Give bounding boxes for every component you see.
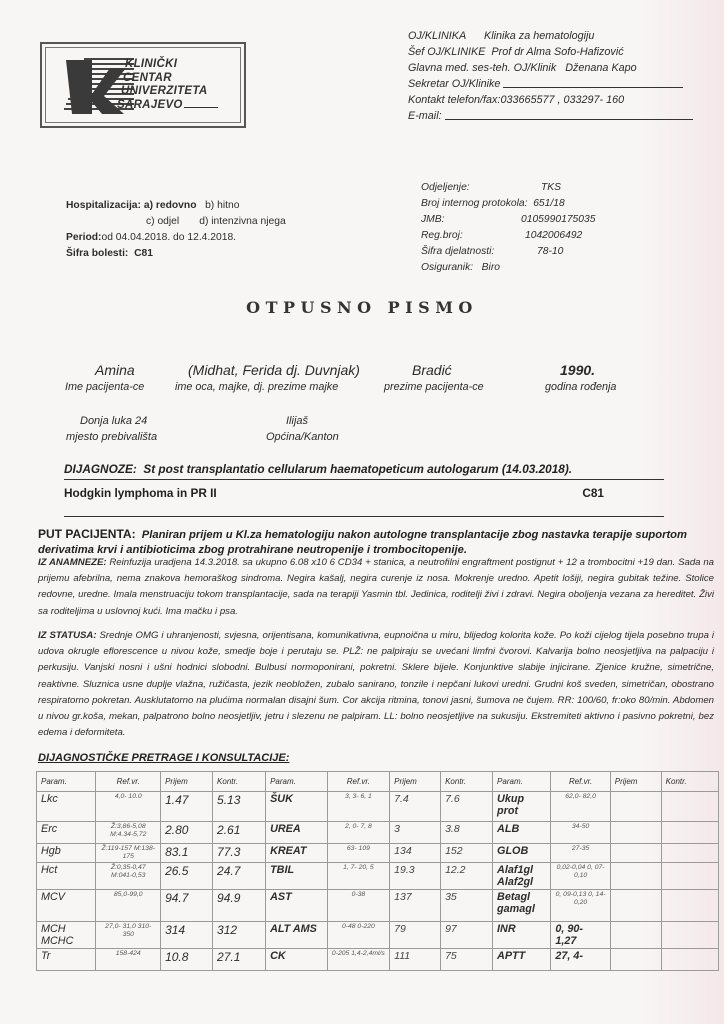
parameter-name: APTT bbox=[493, 949, 551, 971]
table-row: ErcŽ:3,86-5,08 M:4.34-5,722.802.61UREA2,… bbox=[37, 822, 719, 844]
control-value: 94.9 bbox=[213, 890, 266, 922]
physical-status: IZ STATUSA: Srednje OMG i uhranjenosti, … bbox=[38, 628, 714, 741]
email-field bbox=[445, 108, 693, 120]
admission-value: 94.7 bbox=[161, 890, 213, 922]
period-value: od 04.04.2018. do 12.4.2018. bbox=[101, 232, 236, 243]
column-header: Ref.vr. bbox=[96, 772, 161, 792]
control-value: 75 bbox=[441, 949, 493, 971]
logo-text: KLINIČKI CENTAR UNIVERZITETA SARAJEVO bbox=[125, 58, 218, 112]
parameter-name: Tr bbox=[37, 949, 96, 971]
head-of-clinic: Prof dr Alma Sofo-Hafizović bbox=[491, 44, 623, 60]
column-header: Ref.vr. bbox=[551, 772, 610, 792]
disease-code: C81 bbox=[134, 248, 153, 259]
admission-value: 3 bbox=[390, 822, 441, 844]
parameter-name: MCH MCHC bbox=[37, 922, 96, 949]
column-header: Ref.vr. bbox=[327, 772, 390, 792]
parameter-name: ALB bbox=[493, 822, 551, 844]
address-label: mjesto prebivališta bbox=[66, 431, 157, 443]
patient-first-name: Amina bbox=[95, 362, 135, 378]
reference-range: 0-48 0-220 bbox=[327, 922, 390, 949]
parameter-name: Alaf1gl Alaf2gl bbox=[493, 863, 551, 890]
parameter-name: AST bbox=[266, 890, 328, 922]
control-value: 35 bbox=[441, 890, 493, 922]
admission-value: 19.3 bbox=[390, 863, 441, 890]
parameter-name: ŠUK bbox=[266, 792, 328, 822]
table-row: Lkc4,0- 10.01.475.13ŠUK3, 3- 6, 17.47.6U… bbox=[37, 792, 719, 822]
control-value bbox=[661, 844, 718, 863]
parameter-name: Erc bbox=[37, 822, 96, 844]
control-value: 2.61 bbox=[213, 822, 266, 844]
reference-range: 2, 0- 7, 8 bbox=[327, 822, 390, 844]
parameter-name: GLOB bbox=[493, 844, 551, 863]
control-value: 27.1 bbox=[213, 949, 266, 971]
head-nurse: Dženana Kapo bbox=[565, 60, 636, 76]
reference-range: 27, 4- bbox=[551, 949, 610, 971]
admission-value bbox=[610, 949, 661, 971]
option-ward: c) odjel bbox=[146, 216, 179, 227]
reference-range: 62,0- 82,0 bbox=[551, 792, 610, 822]
hospitalization-block: Hospitalizacija: a) redovno b) hitno c) … bbox=[66, 198, 286, 262]
patient-parents: (Midhat, Ferida dj. Duvnjak) bbox=[188, 362, 360, 378]
option-icu: d) intenzivna njega bbox=[199, 216, 285, 227]
admission-value: 10.8 bbox=[161, 949, 213, 971]
municipality-label: Općina/Kanton bbox=[266, 431, 339, 443]
table-row: Tr158-42410.827.1CK0-205 1,4-2,4ml/s1117… bbox=[37, 949, 719, 971]
control-value: 77.3 bbox=[213, 844, 266, 863]
admin-info: Odjeljenje:TKS Broj internog protokola: … bbox=[421, 180, 595, 276]
admission-value bbox=[610, 890, 661, 922]
column-header: Kontr. bbox=[441, 772, 493, 792]
diagnostics-heading: DIJAGNOSTIČKE PRETRAGE I KONSULTACIJE: bbox=[38, 752, 289, 764]
control-value bbox=[661, 863, 718, 890]
column-header: Prijem bbox=[390, 772, 441, 792]
table-row: HctŽ:0,35-0,47 M:041-0,5326.524.7TBIL1, … bbox=[37, 863, 719, 890]
control-value: 24.7 bbox=[213, 863, 266, 890]
option-regular: a) redovno bbox=[144, 200, 197, 211]
table-row: HgbŽ:119-157 M:138-17583.177.3KREAT63- 1… bbox=[37, 844, 719, 863]
patient-municipality: Ilijaš bbox=[286, 415, 308, 427]
admission-value: 2.80 bbox=[161, 822, 213, 844]
reference-range: 27-35 bbox=[551, 844, 610, 863]
reg-number: 1042006492 bbox=[525, 228, 582, 244]
table-header-row: Param.Ref.vr.PrijemKontr.Param.Ref.vr.Pr… bbox=[37, 772, 719, 792]
admission-value: 79 bbox=[390, 922, 441, 949]
reference-range: 0,02-0,04 0, 07-0,10 bbox=[551, 863, 610, 890]
control-value: 7.6 bbox=[441, 792, 493, 822]
reference-range: 0-205 1,4-2,4ml/s bbox=[327, 949, 390, 971]
column-header: Kontr. bbox=[213, 772, 266, 792]
anamnesis: IZ ANAMNEZE: Reinfuzija uradjena 14.3.20… bbox=[38, 555, 714, 620]
control-value bbox=[661, 822, 718, 844]
contact-phone: 033665577 , 033297- 160 bbox=[500, 92, 624, 108]
column-header: Param. bbox=[493, 772, 551, 792]
reference-range: 85,0-99,0 bbox=[96, 890, 161, 922]
control-value: 152 bbox=[441, 844, 493, 863]
patient-course: PUT PACIJENTA: Planiran prijem u Kl.za h… bbox=[38, 527, 718, 558]
parameter-name: Lkc bbox=[37, 792, 96, 822]
parameter-name: Ukup prot bbox=[493, 792, 551, 822]
parameter-name: KREAT bbox=[266, 844, 328, 863]
birth-year-label: godina rođenja bbox=[545, 381, 616, 393]
parameter-name: Hct bbox=[37, 863, 96, 890]
reference-range: Ž:119-157 M:138-175 bbox=[96, 844, 161, 863]
patient-last-name: Bradić bbox=[412, 362, 452, 378]
reference-range: 0-38 bbox=[327, 890, 390, 922]
admission-value: 134 bbox=[390, 844, 441, 863]
birth-year: 1990. bbox=[560, 362, 595, 378]
insured-value: Biro bbox=[482, 260, 500, 276]
parameter-name: CK bbox=[266, 949, 328, 971]
reference-range: 0, 90- 1,27 bbox=[551, 922, 610, 949]
protocol-number: 651/18 bbox=[533, 196, 565, 212]
reference-range: 158-424 bbox=[96, 949, 161, 971]
control-value: 12.2 bbox=[441, 863, 493, 890]
diagnosis-code: C81 bbox=[582, 486, 604, 500]
admission-value bbox=[610, 922, 661, 949]
reference-range: 3, 3- 6, 1 bbox=[327, 792, 390, 822]
secretary-field bbox=[503, 76, 683, 88]
reference-range: 63- 109 bbox=[327, 844, 390, 863]
reference-range: 0, 09-0,13 0, 14-0,20 bbox=[551, 890, 610, 922]
last-name-label: prezime pacijenta-ce bbox=[384, 381, 484, 393]
control-value bbox=[661, 922, 718, 949]
admission-value: 7.4 bbox=[390, 792, 441, 822]
admission-value: 314 bbox=[161, 922, 213, 949]
control-value: 312 bbox=[213, 922, 266, 949]
admission-value bbox=[610, 863, 661, 890]
admission-value: 111 bbox=[390, 949, 441, 971]
reference-range: 4,0- 10.0 bbox=[96, 792, 161, 822]
diagnosis-primary: St post transplantatio cellularum haemat… bbox=[143, 462, 572, 476]
option-urgent: b) hitno bbox=[205, 200, 239, 211]
reference-range: 1, 7- 20, 5 bbox=[327, 863, 390, 890]
parameter-name: TBIL bbox=[266, 863, 328, 890]
parameter-name: INR bbox=[493, 922, 551, 949]
parameter-name: Hgb bbox=[37, 844, 96, 863]
parameter-name: Betagl gamagl bbox=[493, 890, 551, 922]
patient-address: Donja luka 24 bbox=[80, 415, 147, 427]
admission-value: 137 bbox=[390, 890, 441, 922]
column-header: Param. bbox=[266, 772, 328, 792]
column-header: Param. bbox=[37, 772, 96, 792]
admission-value: 26.5 bbox=[161, 863, 213, 890]
control-value: 5.13 bbox=[213, 792, 266, 822]
clinic-info: OJ/KLINIKAKlinika za hematologiju Šef OJ… bbox=[408, 28, 693, 124]
parents-label: ime oca, majke, dj. prezime majke bbox=[175, 381, 338, 393]
diagnoses-block: DIJAGNOZE: St post transplantatio cellul… bbox=[64, 462, 664, 517]
control-value: 97 bbox=[441, 922, 493, 949]
document-title: OTPUSNO PISMO bbox=[0, 298, 724, 317]
reference-range: 34-50 bbox=[551, 822, 610, 844]
parameter-name: ALT AMS bbox=[266, 922, 328, 949]
admission-value: 83.1 bbox=[161, 844, 213, 863]
document-page: KLINIČKI CENTAR UNIVERZITETA SARAJEVO OJ… bbox=[0, 0, 724, 1024]
jmb-value: 0105990175035 bbox=[521, 212, 595, 228]
parameter-name: MCV bbox=[37, 890, 96, 922]
activity-code: 78-10 bbox=[537, 244, 563, 260]
diagnoses-label: DIJAGNOZE: bbox=[64, 462, 137, 476]
column-header: Prijem bbox=[161, 772, 213, 792]
reference-range: 27,0- 31,0 310-350 bbox=[96, 922, 161, 949]
department-value: TKS bbox=[541, 180, 561, 196]
control-value: 3.8 bbox=[441, 822, 493, 844]
table-row: MCH MCHC27,0- 31,0 310-350314312ALT AMS0… bbox=[37, 922, 719, 949]
admission-value bbox=[610, 792, 661, 822]
admission-value: 1.47 bbox=[161, 792, 213, 822]
control-value bbox=[661, 949, 718, 971]
hospital-logo: KLINIČKI CENTAR UNIVERZITETA SARAJEVO bbox=[40, 42, 246, 128]
control-value bbox=[661, 890, 718, 922]
admission-value bbox=[610, 822, 661, 844]
admission-value bbox=[610, 844, 661, 863]
reference-range: Ž:0,35-0,47 M:041-0,53 bbox=[96, 863, 161, 890]
column-header: Prijem bbox=[610, 772, 661, 792]
first-name-label: Ime pacijenta-ce bbox=[65, 381, 144, 393]
diagnosis-secondary: Hodgkin lymphoma in PR II bbox=[64, 486, 217, 500]
control-value bbox=[661, 792, 718, 822]
column-header: Kontr. bbox=[661, 772, 718, 792]
table-row: MCV85,0-99,094.794.9AST0-3813735Betagl g… bbox=[37, 890, 719, 922]
clinic-name: Klinika za hematologiju bbox=[484, 28, 594, 44]
lab-results-table: Param.Ref.vr.PrijemKontr.Param.Ref.vr.Pr… bbox=[36, 771, 719, 971]
reference-range: Ž:3,86-5,08 M:4.34-5,72 bbox=[96, 822, 161, 844]
parameter-name: UREA bbox=[266, 822, 328, 844]
